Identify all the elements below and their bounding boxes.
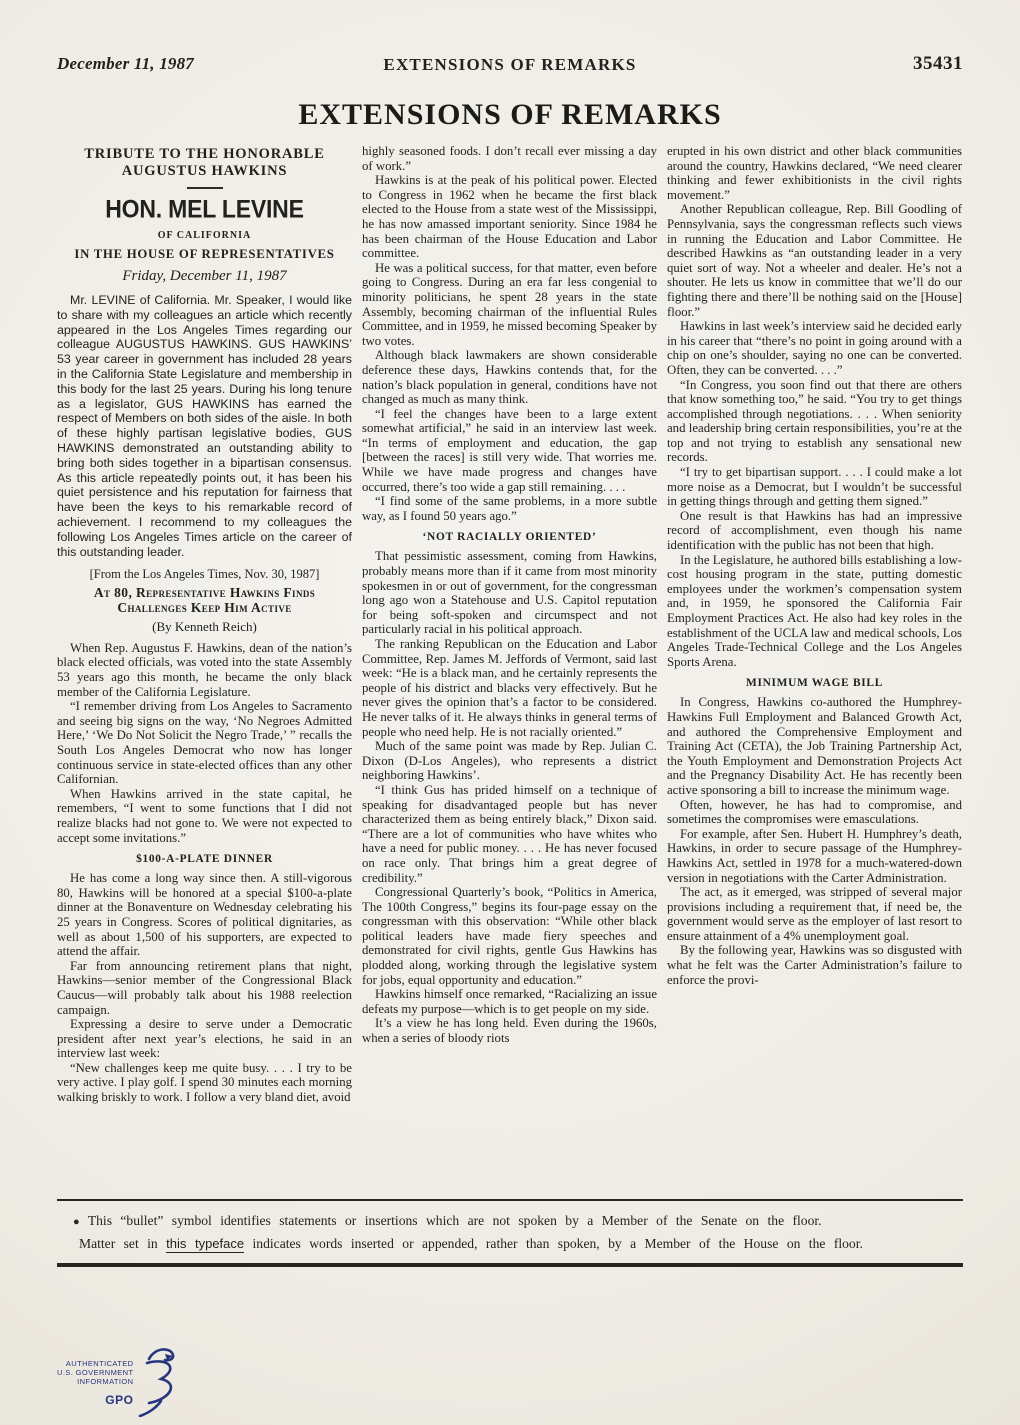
paragraph: “I try to get bipartisan support. . . . …	[667, 465, 962, 509]
paragraph: For example, after Sen. Hubert H. Humphr…	[667, 827, 962, 885]
paragraph: erupted in his own district and other bl…	[667, 144, 962, 202]
member-state: OF CALIFORNIA	[57, 230, 352, 241]
article-source: [From the Los Angeles Times, Nov. 30, 19…	[57, 567, 352, 582]
gpo-line-information: INFORMATION	[57, 1377, 133, 1386]
masthead: December 11, 1987 EXTENSIONS OF REMARKS …	[57, 0, 963, 84]
paragraph: Hawkins is at the peak of his political …	[362, 173, 657, 261]
paragraph: When Hawkins arrived in the state capita…	[57, 787, 352, 845]
article-columns: TRIBUTE TO THE HONORABLE AUGUSTUS HAWKIN…	[57, 144, 963, 1194]
session-date: Friday, December 11, 1987	[57, 268, 352, 285]
paragraph: Far from announcing retirement plans tha…	[57, 959, 352, 1017]
paragraph: He has come a long way since then. A sti…	[57, 871, 352, 959]
paragraph: In Congress, Hawkins co-authored the Hum…	[667, 695, 962, 797]
paragraph: Although black lawmakers are shown consi…	[362, 348, 657, 406]
bullet-note: ● This “bullet” symbol identifies statem…	[73, 1210, 949, 1233]
paragraph: highly seasoned foods. I don’t recall ev…	[362, 144, 657, 173]
paragraph: By the following year, Hawkins was so di…	[667, 943, 962, 987]
subheading-not-racially-oriented: ‘NOT RACIALLY ORIENTED’	[362, 531, 657, 543]
paragraph: It’s a view he has long held. Even durin…	[362, 1016, 657, 1045]
paragraph: Much of the same point was made by Rep. …	[362, 739, 657, 783]
gpo-eagle-icon	[135, 1345, 185, 1417]
gpo-line-authenticated: AUTHENTICATED	[57, 1359, 133, 1368]
paragraph: Hawkins himself once remarked, “Racializ…	[362, 987, 657, 1016]
paragraph: In the Legislature, he authored bills es…	[667, 553, 962, 670]
typeface-note: Matter set in this typeface indicates wo…	[73, 1233, 949, 1254]
subheading-dinner: $100-A-PLATE DINNER	[57, 853, 352, 865]
gpo-acronym: GPO	[57, 1396, 133, 1405]
paragraph: “New challenges keep me quite busy. . . …	[57, 1061, 352, 1105]
page-number: 35431	[913, 53, 963, 75]
paragraph: “I think Gus has prided himself on a tec…	[362, 783, 657, 885]
article-title-line-1: At 80, Representative Hawkins Finds	[94, 585, 315, 600]
gpo-text: AUTHENTICATED U.S. GOVERNMENT INFORMATIO…	[57, 1359, 133, 1405]
gpo-line-us-government: U.S. GOVERNMENT	[57, 1368, 133, 1377]
running-head: EXTENSIONS OF REMARKS	[57, 55, 963, 75]
article-title-line-2: Challenges Keep Him Active	[117, 600, 291, 615]
column-1: TRIBUTE TO THE HONORABLE AUGUSTUS HAWKIN…	[57, 144, 352, 1194]
paragraph: Another Republican colleague, Rep. Bill …	[667, 202, 962, 319]
tribute-line-2: AUGUSTUS HAWKINS	[122, 163, 288, 179]
gpo-authentication-logo: AUTHENTICATED U.S. GOVERNMENT INFORMATIO…	[57, 1345, 185, 1417]
speech-paragraph: Mr. LEVINE of California. Mr. Speaker, I…	[57, 293, 352, 559]
tribute-heading: TRIBUTE TO THE HONORABLE AUGUSTUS HAWKIN…	[57, 146, 352, 180]
paragraph: “I feel the changes have been to a large…	[362, 407, 657, 495]
paragraph: Often, however, he has had to compromise…	[667, 798, 962, 827]
paragraph: He was a political success, for that mat…	[362, 261, 657, 349]
congressional-record-page: December 11, 1987 EXTENSIONS OF REMARKS …	[0, 0, 1020, 1425]
paragraph: Hawkins in last week’s interview said he…	[667, 319, 962, 377]
chamber-line: IN THE HOUSE OF REPRESENTATIVES	[57, 247, 352, 262]
bullet-note-text: This “bullet” symbol identifies statemen…	[88, 1213, 822, 1228]
typeface-note-pre: Matter set in	[79, 1236, 166, 1251]
bullet-icon: ●	[73, 1216, 80, 1228]
column-3: erupted in his own district and other bl…	[667, 144, 962, 1194]
footer-notes: ● This “bullet” symbol identifies statem…	[57, 1201, 963, 1263]
column-2: highly seasoned foods. I don’t recall ev…	[362, 144, 657, 1194]
paragraph: The act, as it emerged, was stripped of …	[667, 885, 962, 943]
footer-rule-bottom	[57, 1263, 963, 1267]
paragraph: “I remember driving from Los Angeles to …	[57, 699, 352, 787]
page-title: EXTENSIONS OF REMARKS	[57, 98, 963, 132]
article-title: At 80, Representative Hawkins Finds Chal…	[57, 585, 352, 616]
typeface-note-post: indicates words inserted or appended, ra…	[244, 1236, 863, 1251]
divider-dash	[187, 187, 223, 189]
paragraph: That pessimistic assessment, coming from…	[362, 549, 657, 637]
paragraph: The ranking Republican on the Education …	[362, 637, 657, 739]
article-byline: (By Kenneth Reich)	[57, 619, 352, 635]
paragraph: When Rep. Augustus F. Hawkins, dean of t…	[57, 641, 352, 699]
paragraph: Congressional Quarterly’s book, “Politic…	[362, 885, 657, 987]
paragraph: Expressing a desire to serve under a Dem…	[57, 1017, 352, 1061]
member-name: HON. MEL LEVINE	[57, 195, 352, 224]
typeface-sample: this typeface	[166, 1236, 244, 1253]
paragraph: One result is that Hawkins has had an im…	[667, 509, 962, 553]
paragraph: “I find some of the same problems, in a …	[362, 494, 657, 523]
subheading-minimum-wage-bill: MINIMUM WAGE BILL	[667, 677, 962, 689]
tribute-line-1: TRIBUTE TO THE HONORABLE	[84, 146, 324, 162]
paragraph: “In Congress, you soon find out that the…	[667, 378, 962, 466]
